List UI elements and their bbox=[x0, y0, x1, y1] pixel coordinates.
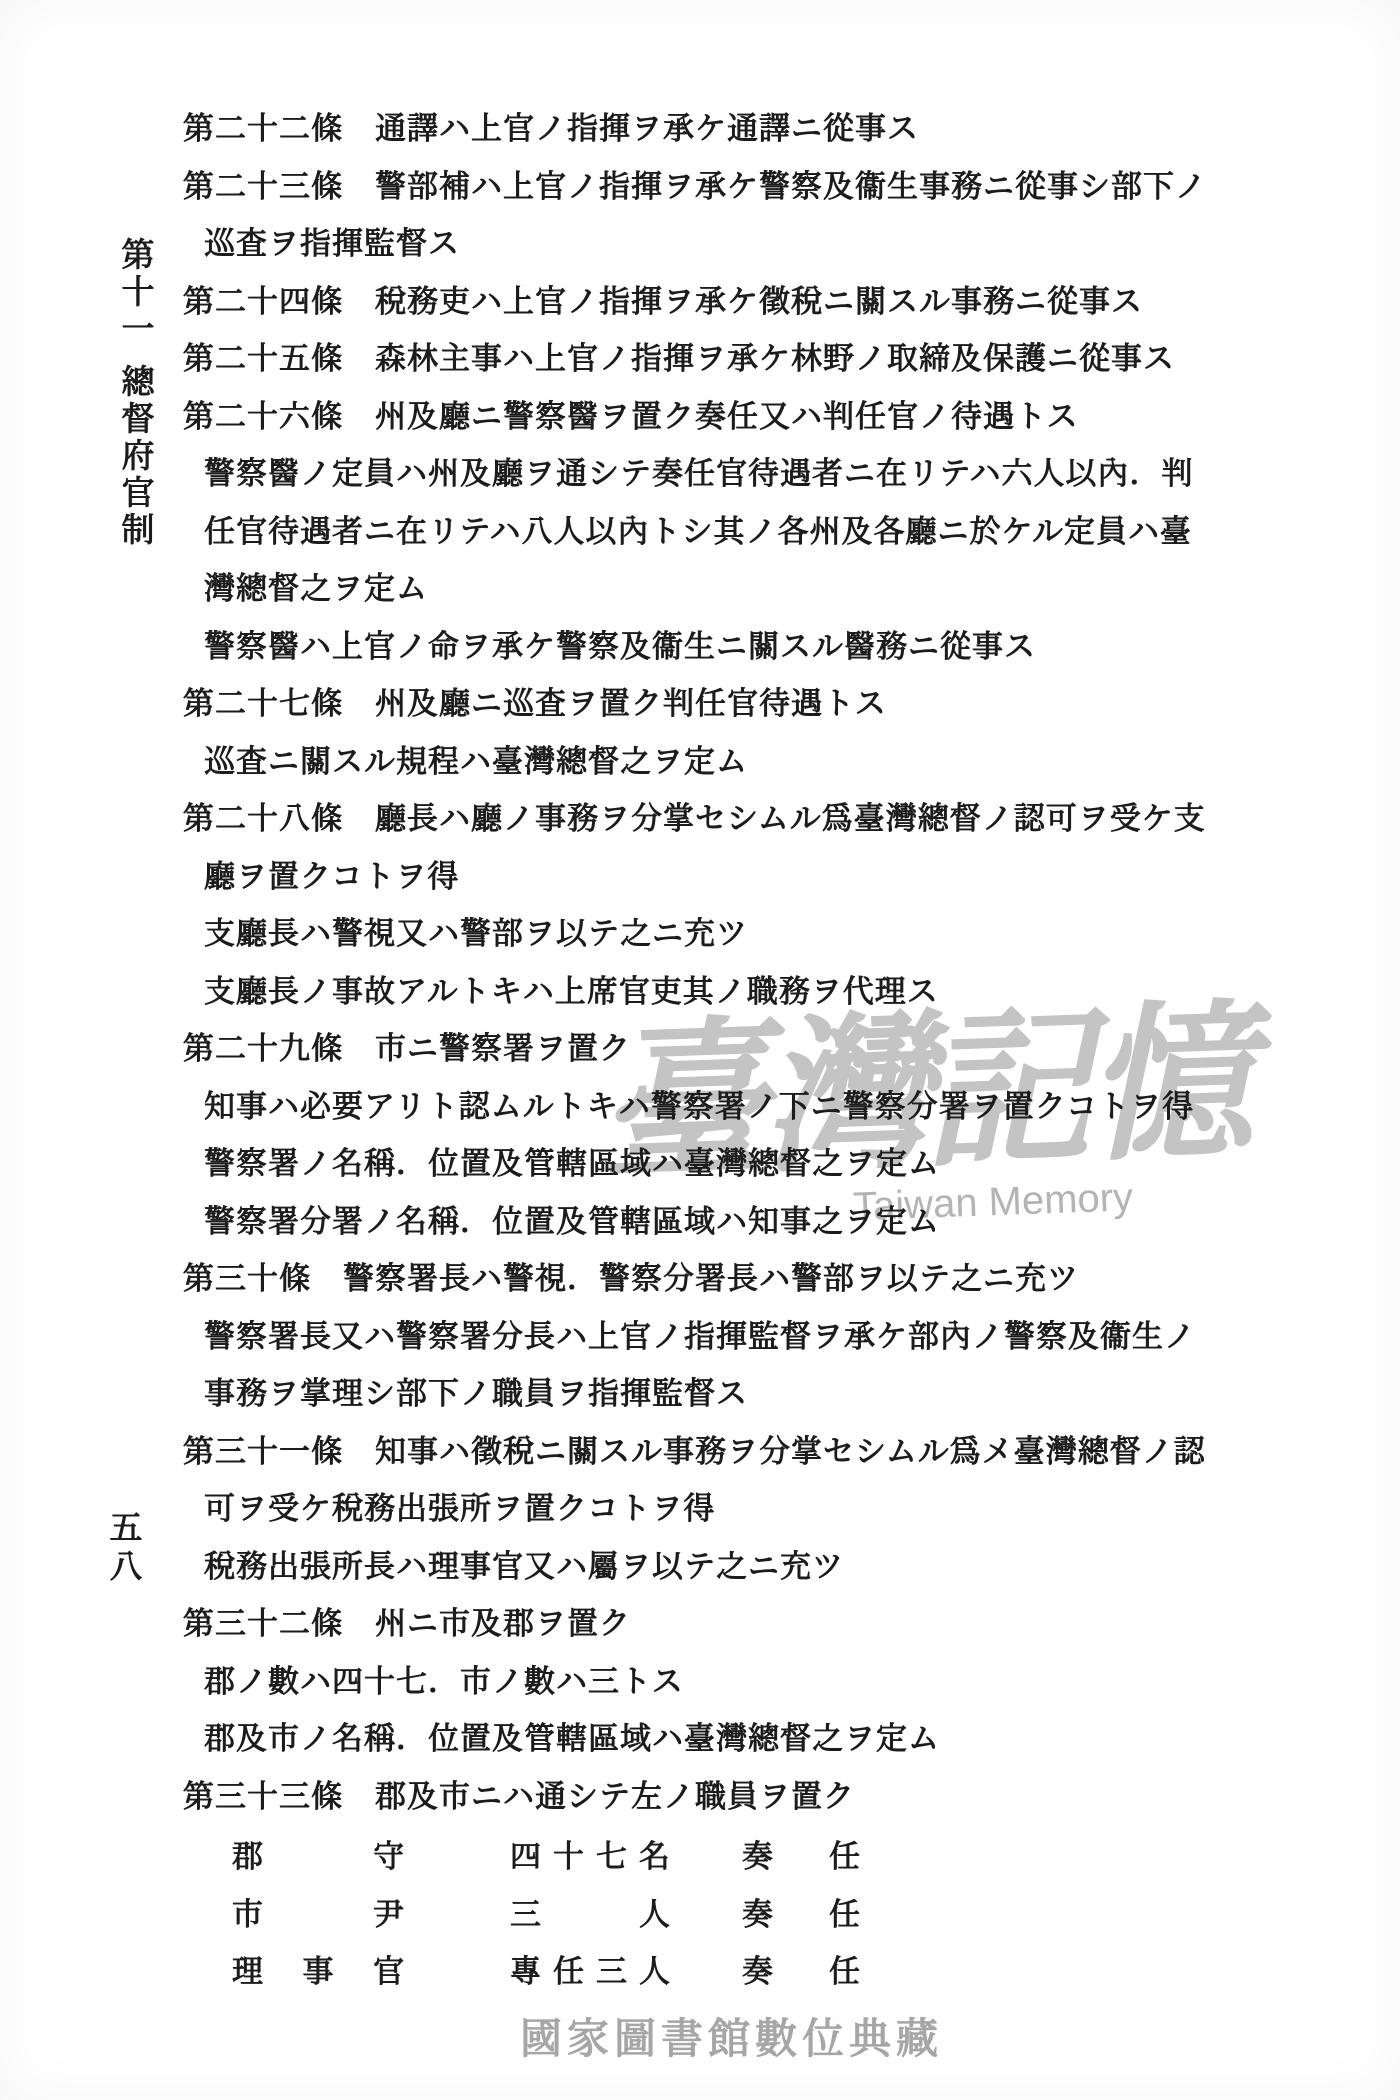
staff-post-char: 事 bbox=[303, 1946, 334, 1991]
document-lines: 第二十二條 通譯ハ上官ノ指揮ヲ承ケ通譯ニ從事ス第二十三條 警部補ハ上官ノ指揮ヲ承… bbox=[183, 100, 1083, 1825]
staff-table-row: 郡守四十七名奏任 bbox=[232, 1825, 1083, 1883]
margin-section-char: 總 bbox=[122, 365, 155, 402]
staff-rank-char: 奏 bbox=[742, 1831, 773, 1876]
staff-count-char: 十 bbox=[553, 1831, 584, 1876]
continuation-line: 郡及市ノ名稱．位置及管轄區域ハ臺灣總督之ヲ定ム bbox=[183, 1710, 1083, 1768]
staff-count-char: 三 bbox=[510, 1889, 541, 1934]
continuation-line: 支廳長ノ事故アルトキハ上席官吏其ノ職務ヲ代理ス bbox=[183, 963, 1083, 1021]
continuation-line: 灣總督之ヲ定ム bbox=[183, 560, 1083, 618]
staff-count-char: 任 bbox=[553, 1946, 584, 1991]
staff-count-char: 三 bbox=[596, 1946, 627, 1991]
article-line: 第三十三條 郡及市ニハ通シテ左ノ職員ヲ置ク bbox=[183, 1768, 1083, 1826]
margin-section-char: 府 bbox=[122, 439, 155, 476]
continuation-line: 警察署長又ハ警察署分長ハ上官ノ指揮監督ヲ承ケ部內ノ警察及衞生ノ bbox=[183, 1308, 1083, 1366]
staff-rank-char: 奏 bbox=[742, 1889, 773, 1934]
staff-table-row: 市尹三人奏任 bbox=[232, 1883, 1083, 1941]
article-line: 第二十九條 市ニ警察署ヲ置ク bbox=[183, 1020, 1083, 1078]
margin-chapter-char: 第 bbox=[122, 238, 155, 275]
continuation-line: 警察醫ノ定員ハ州及廳ヲ通シテ奏任官待遇者ニ在リテハ六人以內．判 bbox=[183, 445, 1083, 503]
continuation-line: 事務ヲ掌理シ部下ノ職員ヲ指揮監督ス bbox=[183, 1365, 1083, 1423]
article-line: 第二十三條 警部補ハ上官ノ指揮ヲ承ケ警察及衞生事務ニ從事シ部下ノ bbox=[183, 158, 1083, 216]
staff-rank-char: 奏 bbox=[742, 1946, 773, 1991]
continuation-line: 警察署分署ノ名稱．位置及管轄區域ハ知事之ヲ定ム bbox=[183, 1193, 1083, 1251]
staff-count-char: 名 bbox=[639, 1831, 670, 1876]
margin-section-char: 督 bbox=[122, 402, 155, 439]
page-number: 五八 bbox=[106, 1510, 146, 1588]
article-line: 第二十五條 森林主事ハ上官ノ指揮ヲ承ケ林野ノ取締及保護ニ從事ス bbox=[183, 330, 1083, 388]
staff-rank-char: 任 bbox=[829, 1946, 860, 1991]
staff-count-char: 四 bbox=[510, 1831, 541, 1876]
continuation-line: 警察醫ハ上官ノ命ヲ承ケ警察及衞生ニ關スル醫務ニ從事ス bbox=[183, 618, 1083, 676]
page-number-char: 五 bbox=[110, 1510, 143, 1549]
staff-rank: 奏任 bbox=[742, 1889, 860, 1934]
staff-post-char: 官 bbox=[373, 1946, 404, 1991]
article-line: 第二十六條 州及廳ニ警察醫ヲ置ク奏任又ハ判任官ノ待遇トス bbox=[183, 388, 1083, 446]
article-line: 第二十二條 通譯ハ上官ノ指揮ヲ承ケ通譯ニ從事ス bbox=[183, 100, 1083, 158]
continuation-line: 巡査ヲ指揮監督ス bbox=[183, 215, 1083, 273]
article-line: 第三十條 警察署長ハ警視．警察分署長ハ警部ヲ以テ之ニ充ツ bbox=[183, 1250, 1083, 1308]
continuation-line: 郡ノ數ハ四十七．市ノ數ハ三トス bbox=[183, 1653, 1083, 1711]
article-line: 第三十二條 州ニ市及郡ヲ置ク bbox=[183, 1595, 1083, 1653]
continuation-line: 廳ヲ置クコトヲ得 bbox=[183, 848, 1083, 906]
staff-post: 理事官 bbox=[232, 1946, 404, 1991]
margin-section-char: 官 bbox=[122, 476, 155, 513]
staff-post-char: 郡 bbox=[232, 1831, 263, 1876]
staff-rank: 奏任 bbox=[742, 1831, 860, 1876]
staff-table: 郡守四十七名奏任市尹三人奏任理事官專任三人奏任 bbox=[183, 1825, 1083, 1998]
article-line: 第二十四條 稅務吏ハ上官ノ指揮ヲ承ケ徵稅ニ關スル事務ニ從事ス bbox=[183, 273, 1083, 331]
margin-section-char: 制 bbox=[122, 513, 155, 550]
staff-count: 專任三人 bbox=[510, 1946, 670, 1991]
continuation-line: 警察署ノ名稱．位置及管轄區域ハ臺灣總督之ヲ定ム bbox=[183, 1135, 1083, 1193]
continuation-line: 可ヲ受ケ稅務出張所ヲ置クコトヲ得 bbox=[183, 1480, 1083, 1538]
continuation-line: 任官待遇者ニ在リテハ八人以內トシ其ノ各州及各廳ニ於ケル定員ハ臺 bbox=[183, 503, 1083, 561]
staff-count-char: 七 bbox=[596, 1831, 627, 1876]
scanned-page: 第十一總督府官制 五八 臺灣記憶 Taiwan Memory 第二十二條 通譯ハ… bbox=[0, 0, 1400, 2100]
article-line: 第二十八條 廳長ハ廳ノ事務ヲ分掌セシムル爲臺灣總督ノ認可ヲ受ケ支 bbox=[183, 790, 1083, 848]
staff-post: 郡守 bbox=[232, 1831, 404, 1876]
library-watermark: 國家圖書館數位典藏 bbox=[520, 2006, 943, 2066]
staff-post-char: 理 bbox=[232, 1946, 263, 1991]
article-line: 第二十七條 州及廳ニ巡査ヲ置ク判任官待遇トス bbox=[183, 675, 1083, 733]
continuation-line: 稅務出張所長ハ理事官又ハ屬ヲ以テ之ニ充ツ bbox=[183, 1538, 1083, 1596]
continuation-line: 支廳長ハ警視又ハ警部ヲ以テ之ニ充ツ bbox=[183, 905, 1083, 963]
continuation-line: 巡査ニ關スル規程ハ臺灣總督之ヲ定ム bbox=[183, 733, 1083, 791]
document-body: 第二十二條 通譯ハ上官ノ指揮ヲ承ケ通譯ニ從事ス第二十三條 警部補ハ上官ノ指揮ヲ承… bbox=[183, 100, 1083, 1998]
staff-post-char: 守 bbox=[373, 1831, 404, 1876]
staff-table-row: 理事官專任三人奏任 bbox=[232, 1940, 1083, 1998]
article-line: 第三十一條 知事ハ徵稅ニ關スル事務ヲ分掌セシムル爲メ臺灣總督ノ認 bbox=[183, 1423, 1083, 1481]
continuation-line: 知事ハ必要アリト認ムルトキハ警察署ノ下ニ警察分署ヲ置クコトヲ得 bbox=[183, 1078, 1083, 1136]
margin-chapter-label: 第十一總督府官制 bbox=[116, 238, 160, 550]
staff-count-char: 人 bbox=[639, 1946, 670, 1991]
staff-count-char: 專 bbox=[510, 1946, 541, 1991]
staff-count: 三人 bbox=[510, 1889, 670, 1934]
staff-count-char: 人 bbox=[639, 1889, 670, 1934]
margin-chapter-char: 一 bbox=[122, 312, 155, 349]
staff-rank: 奏任 bbox=[742, 1946, 860, 1991]
staff-post-char: 尹 bbox=[373, 1889, 404, 1934]
page-number-char: 八 bbox=[110, 1549, 143, 1588]
margin-chapter-char: 十 bbox=[122, 275, 155, 312]
staff-count: 四十七名 bbox=[510, 1831, 670, 1876]
staff-post-char: 市 bbox=[232, 1889, 263, 1934]
staff-rank-char: 任 bbox=[829, 1831, 860, 1876]
staff-rank-char: 任 bbox=[829, 1889, 860, 1934]
staff-post: 市尹 bbox=[232, 1889, 404, 1934]
